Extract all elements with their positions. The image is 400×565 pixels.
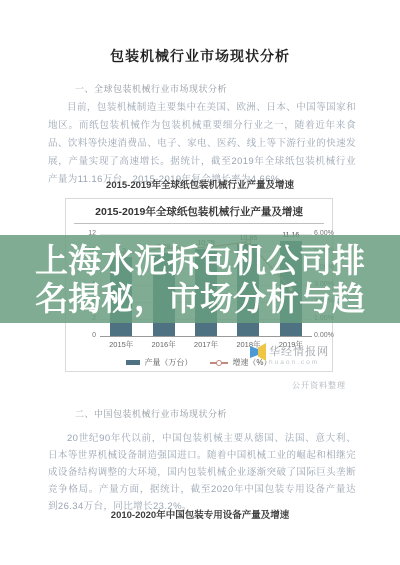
paragraph-2: 20世纪90年代以前，中国包装机械主要从德国、法国、意大利、日本等世界机械设备制… [48,430,356,515]
overlay-title-line-2: 名揭秘，市场分析与趋 [0,280,400,318]
watermark: 华经情报网 huaon.com [250,343,329,366]
source-note: 公开资料整理 [0,380,346,391]
watermark-url: huaon.com [269,359,329,366]
chart-2-caption: 2010-2020年中国包装专用设备产量及增速 [0,507,400,521]
overlay-title-line-1: 上海水泥拆包机公司排 [0,242,400,280]
legend-label-output: 产量（万台） [144,357,192,368]
bar-swatch-icon [126,360,140,365]
watermark-name: 华经情报网 [269,343,329,359]
page-title: 包装机械行业市场现状分析 [0,46,400,66]
x-axis-label: 2016年 [142,339,184,350]
chart-title: 2015-2019年全球纸包装机械行业产量及增速 [74,199,324,224]
section-2-heading: 二、中国包装机械行业市场现状分析 [75,407,227,420]
x-axis-label: 2017年 [185,339,227,350]
chart-1-caption: 2015-2019年全球纸包装机械行业产量及增速 [0,177,400,191]
section-1-heading: 一、全球包装机械行业市场现状分析 [75,82,227,95]
paragraph-1: 目前，包装机械制造主要集中在美国、欧洲、日本、中国等国家和地区。而纸包装机械作为… [48,99,356,189]
article-page: 包装机械行业市场现状分析 一、全球包装机械行业市场现状分析 目前，包装机械制造主… [0,0,400,565]
legend-item-output: 产量（万台） [126,357,192,368]
left-axis-tick: 0 [72,332,96,339]
watermark-text: 华经情报网 huaon.com [269,343,329,366]
x-axis-label: 2015年 [100,339,142,350]
overlay-banner: 上海水泥拆包机公司排 名揭秘，市场分析与趋 [0,235,400,323]
right-axis-tick: 0.00% [314,332,345,339]
line-swatch-icon [210,362,228,364]
huajing-logo-icon [250,343,266,361]
